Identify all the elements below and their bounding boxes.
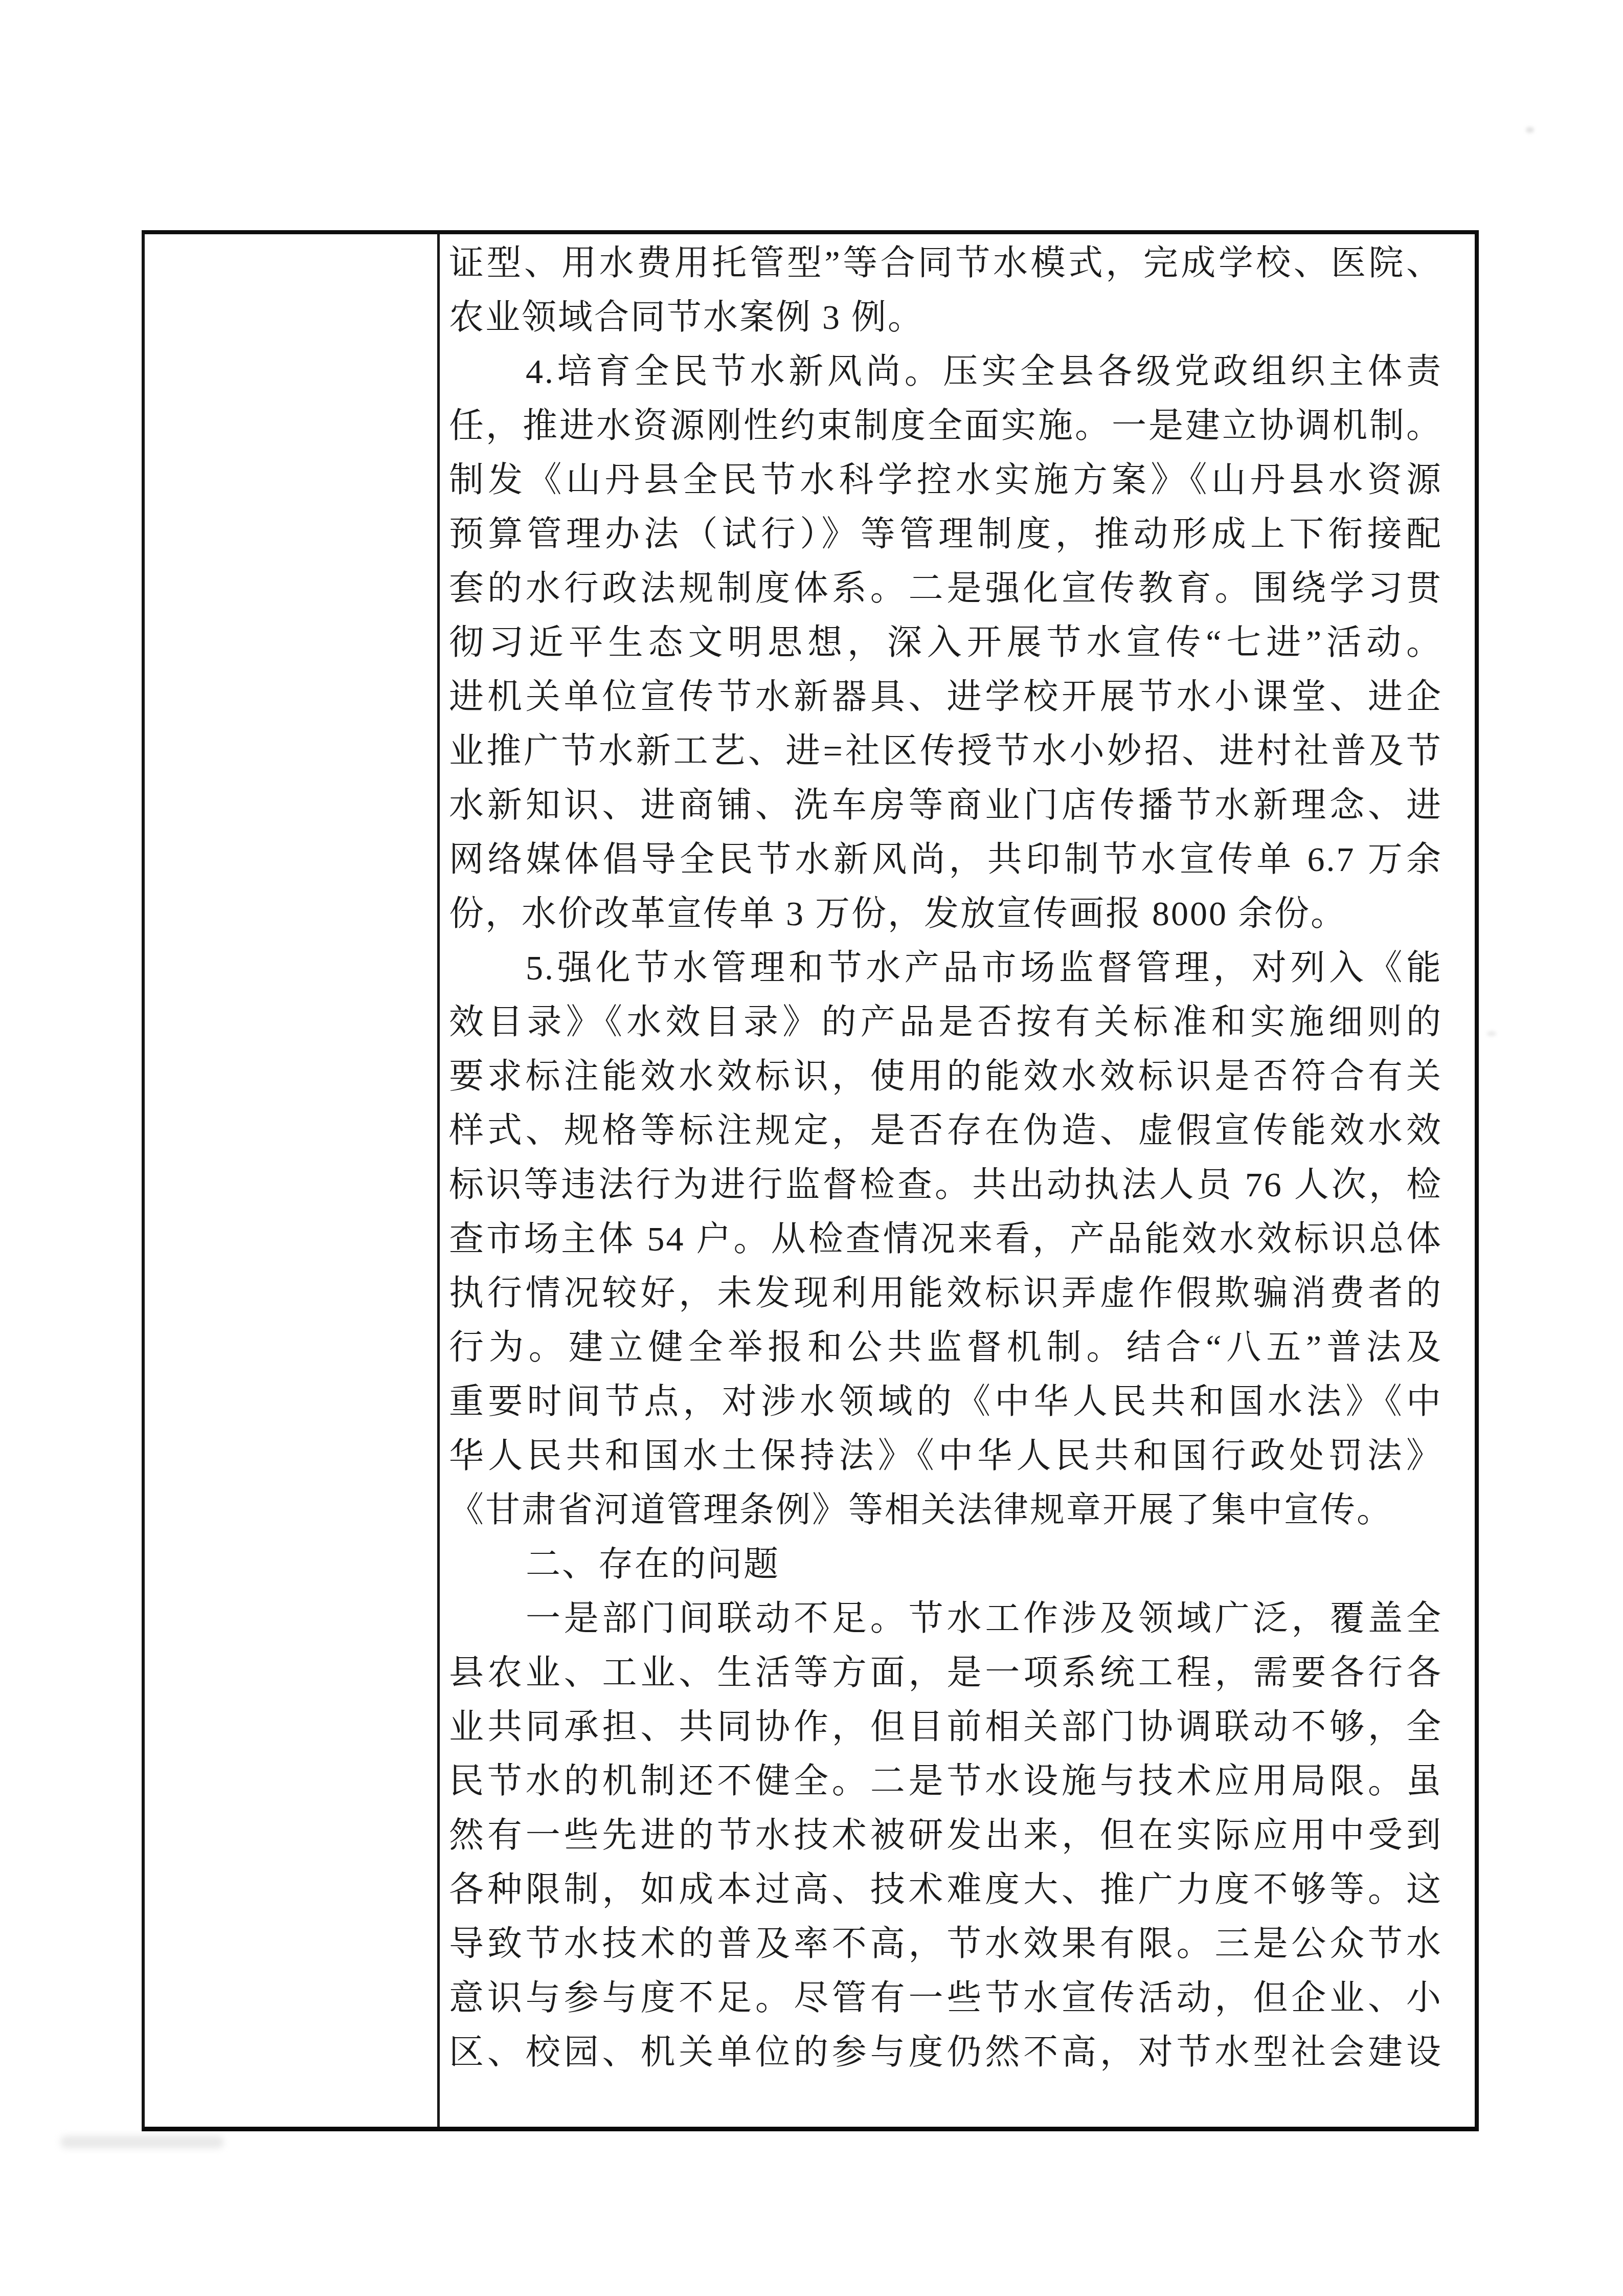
text-line: 标识等违法行为进行监督检查。共出动执法人员 76 人次，检	[449, 1157, 1442, 1212]
table-left-label-cell	[145, 234, 437, 2127]
text-line: 然有一些先进的节水技术被研发出来，但在实际应用中受到	[449, 1808, 1442, 1862]
text-line: 县农业、工业、生活等方面，是一项系统工程，需要各行各	[449, 1645, 1442, 1700]
text-line: 意识与参与度不足。尽管有一些节水宣传活动，但企业、小	[449, 1971, 1442, 2025]
text-line: 民节水的机制还不健全。二是节水设施与技术应用局限。虽	[449, 1754, 1442, 1808]
text-line: 业推广节水新工艺、进=社区传授节水小妙招、进村社普及节	[449, 724, 1442, 778]
text-line: 业共同承担、共同协作，但目前相关部门协调联动不够，全	[449, 1700, 1442, 1754]
text-line: 4.培育全民节水新风尚。压实全县各级党政组织主体责	[449, 344, 1442, 398]
table-content-cell: 证型、用水费用托管型”等合同节水模式，完成学校、医院、农业领域合同节水案例 3 …	[440, 234, 1475, 2127]
text-line: 要求标注能效水效标识，使用的能效水效标识是否符合有关	[449, 1049, 1442, 1103]
scan-smudge-top-right	[1526, 127, 1534, 133]
text-line: 制发《山丹县全民节水科学控水实施方案》《山丹县水资源	[449, 453, 1442, 507]
text-line: 样式、规格等标注规定，是否存在伪造、虚假宣传能效水效	[449, 1103, 1442, 1157]
text-line: 一是部门间联动不足。节水工作涉及领域广泛，覆盖全	[449, 1591, 1442, 1645]
scanned-page: 证型、用水费用托管型”等合同节水模式，完成学校、医院、农业领域合同节水案例 3 …	[0, 0, 1623, 2296]
text-line: 二、存在的问题	[449, 1537, 1442, 1591]
text-line: 农业领域合同节水案例 3 例。	[449, 290, 1442, 344]
text-line: 行为。建立健全举报和公共监督机制。结合“八五”普法及	[449, 1320, 1442, 1374]
text-line: 彻习近平生态文明思想，深入开展节水宣传“七进”活动。	[449, 615, 1442, 670]
scan-smudge-bottom-left	[60, 2136, 224, 2148]
text-line: 导致节水技术的普及率不高，节水效果有限。三是公众节水	[449, 1916, 1442, 1971]
text-line: 预算管理办法（试行）》等管理制度，推动形成上下衔接配	[449, 507, 1442, 561]
text-line: 《甘肃省河道管理条例》等相关法律规章开展了集中宣传。	[449, 1483, 1442, 1537]
text-line: 份，水价改革宣传单 3 万份，发放宣传画报 8000 余份。	[449, 886, 1442, 941]
scan-smudge-mid-right	[1487, 1031, 1496, 1036]
text-line: 执行情况较好，未发现利用能效标识弄虚作假欺骗消费者的	[449, 1266, 1442, 1320]
text-line: 证型、用水费用托管型”等合同节水模式，完成学校、医院、	[449, 236, 1442, 290]
text-line: 水新知识、进商铺、洗车房等商业门店传播节水新理念、进	[449, 778, 1442, 832]
text-line: 各种限制，如成本过高、技术难度大、推广力度不够等。这	[449, 1862, 1442, 1916]
report-table: 证型、用水费用托管型”等合同节水模式，完成学校、医院、农业领域合同节水案例 3 …	[142, 230, 1479, 2131]
text-line: 效目录》《水效目录》的产品是否按有关标准和实施细则的	[449, 995, 1442, 1049]
text-line: 套的水行政法规制度体系。二是强化宣传教育。围绕学习贯	[449, 561, 1442, 615]
text-line: 网络媒体倡导全民节水新风尚，共印制节水宣传单 6.7 万余	[449, 832, 1442, 886]
text-line: 区、校园、机关单位的参与度仍然不高，对节水型社会建设	[449, 2025, 1442, 2079]
text-line: 任，推进水资源刚性约束制度全面实施。一是建立协调机制。	[449, 398, 1442, 453]
text-line: 华人民共和国水土保持法》《中华人民共和国行政处罚法》	[449, 1429, 1442, 1483]
text-line: 进机关单位宣传节水新器具、进学校开展节水小课堂、进企	[449, 670, 1442, 724]
text-line: 5.强化节水管理和节水产品市场监督管理，对列入《能	[449, 941, 1442, 995]
text-line: 查市场主体 54 户。从检查情况来看，产品能效水效标识总体	[449, 1212, 1442, 1266]
text-line: 重要时间节点，对涉水领域的《中华人民共和国水法》《中	[449, 1374, 1442, 1429]
